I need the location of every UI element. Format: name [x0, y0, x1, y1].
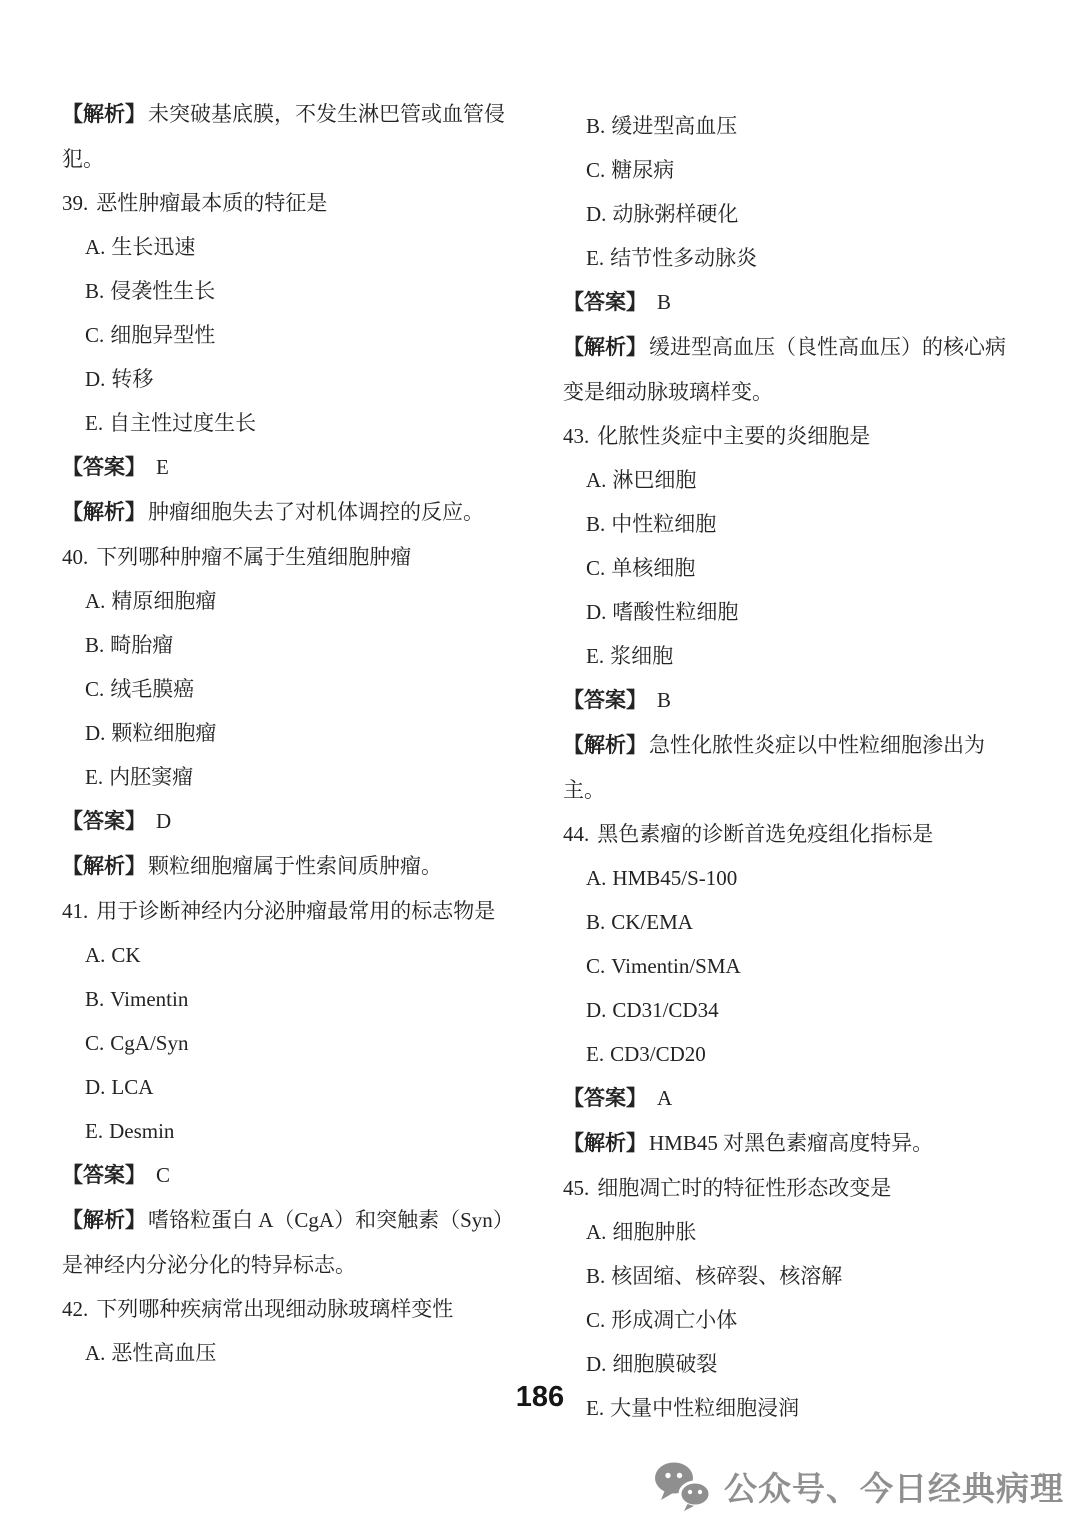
option-text: CK — [111, 943, 140, 967]
option-line: E.结节性多动脉炎 — [563, 236, 1015, 280]
option-text: 细胞肿胀 — [612, 1220, 696, 1244]
question-text: 恶性肿瘤最本质的特征是 — [96, 191, 327, 215]
question-text: 用于诊断神经内分泌肿瘤最常用的标志物是 — [96, 899, 495, 923]
answer-line: 【答案】A — [563, 1076, 1015, 1121]
option-letter: B. — [586, 512, 605, 536]
option-line: B.中性粒细胞 — [563, 502, 1015, 546]
option-line: B.缓进型高血压 — [563, 104, 1015, 148]
option-line: E.CD3/CD20 — [563, 1032, 1015, 1076]
answer-line: 【答案】D — [62, 799, 514, 844]
option-letter: D. — [586, 600, 606, 624]
analysis-label: 【解析】 — [62, 855, 146, 878]
question-line: 44.黑色素瘤的诊断首选免疫组化指标是 — [563, 812, 1015, 856]
option-line: D.细胞膜破裂 — [563, 1342, 1015, 1386]
option-text: 自主性过度生长 — [109, 411, 256, 435]
question-number: 41. — [62, 899, 88, 923]
option-text: 单核细胞 — [611, 556, 695, 580]
option-line: A.淋巴细胞 — [563, 458, 1015, 502]
option-text: 细胞异型性 — [110, 323, 215, 347]
option-letter: A. — [85, 235, 105, 259]
option-line: D.CD31/CD34 — [563, 988, 1015, 1032]
answer-value: A — [657, 1086, 672, 1110]
answer-line: 【答案】E — [62, 445, 514, 490]
analysis-label: 【解析】 — [563, 336, 647, 359]
option-letter: D. — [85, 721, 105, 745]
option-letter: B. — [586, 114, 605, 138]
option-letter: C. — [586, 556, 605, 580]
question-line: 45.细胞凋亡时的特征性形态改变是 — [563, 1166, 1015, 1210]
option-line: C.单核细胞 — [563, 546, 1015, 590]
answer-label: 【答案】 — [62, 1164, 146, 1187]
option-line: A.恶性高血压 — [62, 1331, 514, 1375]
analysis-line: 【解析】未突破基底膜，不发生淋巴管或血管侵犯。 — [62, 92, 514, 181]
analysis-label: 【解析】 — [62, 1209, 146, 1232]
option-line: B.Vimentin — [62, 977, 514, 1021]
question-text: 化脓性炎症中主要的炎细胞是 — [597, 424, 870, 448]
option-letter: E. — [586, 246, 604, 270]
option-letter: E. — [85, 765, 103, 789]
option-letter: D. — [85, 1075, 105, 1099]
analysis-label: 【解析】 — [62, 103, 146, 126]
question-number: 42. — [62, 1297, 88, 1321]
option-text: 生长迅速 — [111, 235, 195, 259]
question-number: 43. — [563, 424, 589, 448]
option-letter: C. — [85, 1031, 104, 1055]
option-line: A.CK — [62, 933, 514, 977]
option-letter: C. — [586, 1308, 605, 1332]
option-line: A.精原细胞瘤 — [62, 579, 514, 623]
analysis-label: 【解析】 — [62, 501, 146, 524]
answer-label: 【答案】 — [563, 291, 647, 314]
option-line: D.嗜酸性粒细胞 — [563, 590, 1015, 634]
option-text: HMB45/S-100 — [612, 866, 737, 890]
analysis-label: 【解析】 — [563, 1132, 647, 1155]
answer-value: E — [156, 455, 169, 479]
answer-line: 【答案】B — [563, 280, 1015, 325]
option-text: CD31/CD34 — [612, 998, 718, 1022]
option-text: 缓进型高血压 — [611, 114, 737, 138]
option-letter: E. — [586, 1042, 604, 1066]
question-text: 细胞凋亡时的特征性形态改变是 — [597, 1176, 891, 1200]
question-line: 39.恶性肿瘤最本质的特征是 — [62, 181, 514, 225]
option-text: 精原细胞瘤 — [111, 589, 216, 613]
answer-label: 【答案】 — [62, 456, 146, 479]
analysis-line: 【解析】缓进型高血压（良性高血压）的核心病变是细动脉玻璃样变。 — [563, 325, 1015, 414]
answer-label: 【答案】 — [563, 1087, 647, 1110]
option-text: 结节性多动脉炎 — [610, 246, 757, 270]
question-number: 39. — [62, 191, 88, 215]
option-letter: B. — [586, 910, 605, 934]
option-line: E.自主性过度生长 — [62, 401, 514, 445]
option-text: 恶性高血压 — [111, 1341, 216, 1365]
option-letter: A. — [85, 1341, 105, 1365]
question-number: 45. — [563, 1176, 589, 1200]
option-text: Vimentin — [110, 987, 188, 1011]
option-line: C.细胞异型性 — [62, 313, 514, 357]
option-text: CK/EMA — [611, 910, 693, 934]
option-line: B.畸胎瘤 — [62, 623, 514, 667]
option-letter: D. — [586, 1352, 606, 1376]
analysis-text: 肿瘤细胞失去了对机体调控的反应。 — [148, 500, 484, 524]
option-text: CD3/CD20 — [610, 1042, 706, 1066]
right-column: B.缓进型高血压C.糖尿病D.动脉粥样硬化E.结节性多动脉炎【答案】B【解析】缓… — [563, 104, 1015, 1430]
question-text: 下列哪种肿瘤不属于生殖细胞肿瘤 — [96, 545, 411, 569]
option-line: E.Desmin — [62, 1109, 514, 1153]
document-page: 【解析】未突破基底膜，不发生淋巴管或血管侵犯。39.恶性肿瘤最本质的特征是A.生… — [0, 0, 1080, 1527]
answer-value: C — [156, 1163, 170, 1187]
option-text: 动脉粥样硬化 — [612, 202, 738, 226]
analysis-label: 【解析】 — [563, 734, 647, 757]
option-line: D.颗粒细胞瘤 — [62, 711, 514, 755]
option-text: 中性粒细胞 — [611, 512, 716, 536]
option-letter: C. — [586, 158, 605, 182]
option-line: E.内胚窦瘤 — [62, 755, 514, 799]
option-line: C.形成凋亡小体 — [563, 1298, 1015, 1342]
option-text: 绒毛膜癌 — [110, 677, 194, 701]
option-line: E.浆细胞 — [563, 634, 1015, 678]
option-text: 细胞膜破裂 — [612, 1352, 717, 1376]
option-line: D.LCA — [62, 1065, 514, 1109]
option-line: B.CK/EMA — [563, 900, 1015, 944]
question-line: 40.下列哪种肿瘤不属于生殖细胞肿瘤 — [62, 535, 514, 579]
option-line: A.HMB45/S-100 — [563, 856, 1015, 900]
question-text: 下列哪种疾病常出现细动脉玻璃样变性 — [96, 1297, 453, 1321]
option-text: 转移 — [111, 367, 153, 391]
option-line: C.糖尿病 — [563, 148, 1015, 192]
question-text: 黑色素瘤的诊断首选免疫组化指标是 — [597, 822, 933, 846]
option-line: D.动脉粥样硬化 — [563, 192, 1015, 236]
option-line: C.Vimentin/SMA — [563, 944, 1015, 988]
option-text: CgA/Syn — [110, 1031, 188, 1055]
question-number: 44. — [563, 822, 589, 846]
analysis-line: 【解析】颗粒细胞瘤属于性索间质肿瘤。 — [62, 844, 514, 889]
question-number: 40. — [62, 545, 88, 569]
analysis-line: 【解析】急性化脓性炎症以中性粒细胞渗出为主。 — [563, 723, 1015, 812]
option-letter: D. — [85, 367, 105, 391]
option-text: 内胚窦瘤 — [109, 765, 193, 789]
option-letter: B. — [85, 633, 104, 657]
option-letter: D. — [586, 998, 606, 1022]
option-text: 畸胎瘤 — [110, 633, 173, 657]
option-text: 核固缩、核碎裂、核溶解 — [611, 1264, 842, 1288]
option-letter: D. — [586, 202, 606, 226]
option-line: A.生长迅速 — [62, 225, 514, 269]
option-line: A.细胞肿胀 — [563, 1210, 1015, 1254]
answer-label: 【答案】 — [62, 810, 146, 833]
option-text: 形成凋亡小体 — [611, 1308, 737, 1332]
question-line: 41.用于诊断神经内分泌肿瘤最常用的标志物是 — [62, 889, 514, 933]
option-letter: A. — [85, 589, 105, 613]
page-number: 186 — [0, 1381, 1080, 1414]
option-text: 嗜酸性粒细胞 — [612, 600, 738, 624]
option-letter: B. — [85, 279, 104, 303]
option-letter: A. — [586, 866, 606, 890]
left-column: 【解析】未突破基底膜，不发生淋巴管或血管侵犯。39.恶性肿瘤最本质的特征是A.生… — [62, 92, 514, 1375]
option-letter: E. — [586, 644, 604, 668]
option-line: C.CgA/Syn — [62, 1021, 514, 1065]
analysis-line: 【解析】HMB45 对黑色素瘤高度特异。 — [563, 1121, 1015, 1166]
option-letter: B. — [85, 987, 104, 1011]
watermark-text: 公众号、今日经典病理 — [724, 1463, 1064, 1510]
option-line: D.转移 — [62, 357, 514, 401]
answer-value: D — [156, 809, 171, 833]
option-text: Desmin — [109, 1119, 174, 1143]
question-line: 42.下列哪种疾病常出现细动脉玻璃样变性 — [62, 1287, 514, 1331]
wechat-icon — [654, 1460, 712, 1512]
option-letter: C. — [85, 677, 104, 701]
answer-line: 【答案】B — [563, 678, 1015, 723]
option-letter: C. — [85, 323, 104, 347]
analysis-text: 颗粒细胞瘤属于性索间质肿瘤。 — [148, 854, 442, 878]
analysis-line: 【解析】肿瘤细胞失去了对机体调控的反应。 — [62, 490, 514, 535]
option-line: C.绒毛膜癌 — [62, 667, 514, 711]
option-letter: E. — [85, 411, 103, 435]
option-text: 浆细胞 — [610, 644, 673, 668]
option-letter: A. — [586, 1220, 606, 1244]
option-line: B.侵袭性生长 — [62, 269, 514, 313]
option-letter: B. — [586, 1264, 605, 1288]
option-text: 颗粒细胞瘤 — [111, 721, 216, 745]
option-text: 糖尿病 — [611, 158, 674, 182]
answer-label: 【答案】 — [563, 689, 647, 712]
question-line: 43.化脓性炎症中主要的炎细胞是 — [563, 414, 1015, 458]
option-letter: A. — [586, 468, 606, 492]
watermark: 公众号、今日经典病理 — [654, 1460, 1064, 1512]
option-letter: A. — [85, 943, 105, 967]
answer-value: B — [657, 290, 671, 314]
option-text: 淋巴细胞 — [612, 468, 696, 492]
option-text: LCA — [111, 1075, 153, 1099]
answer-value: B — [657, 688, 671, 712]
option-line: B.核固缩、核碎裂、核溶解 — [563, 1254, 1015, 1298]
option-letter: C. — [586, 954, 605, 978]
option-text: Vimentin/SMA — [611, 954, 740, 978]
analysis-text: HMB45 对黑色素瘤高度特异。 — [649, 1131, 933, 1155]
option-text: 侵袭性生长 — [110, 279, 215, 303]
answer-line: 【答案】C — [62, 1153, 514, 1198]
analysis-line: 【解析】嗜铬粒蛋白 A（CgA）和突触素（Syn）是神经内分泌分化的特异标志。 — [62, 1198, 514, 1287]
option-letter: E. — [85, 1119, 103, 1143]
